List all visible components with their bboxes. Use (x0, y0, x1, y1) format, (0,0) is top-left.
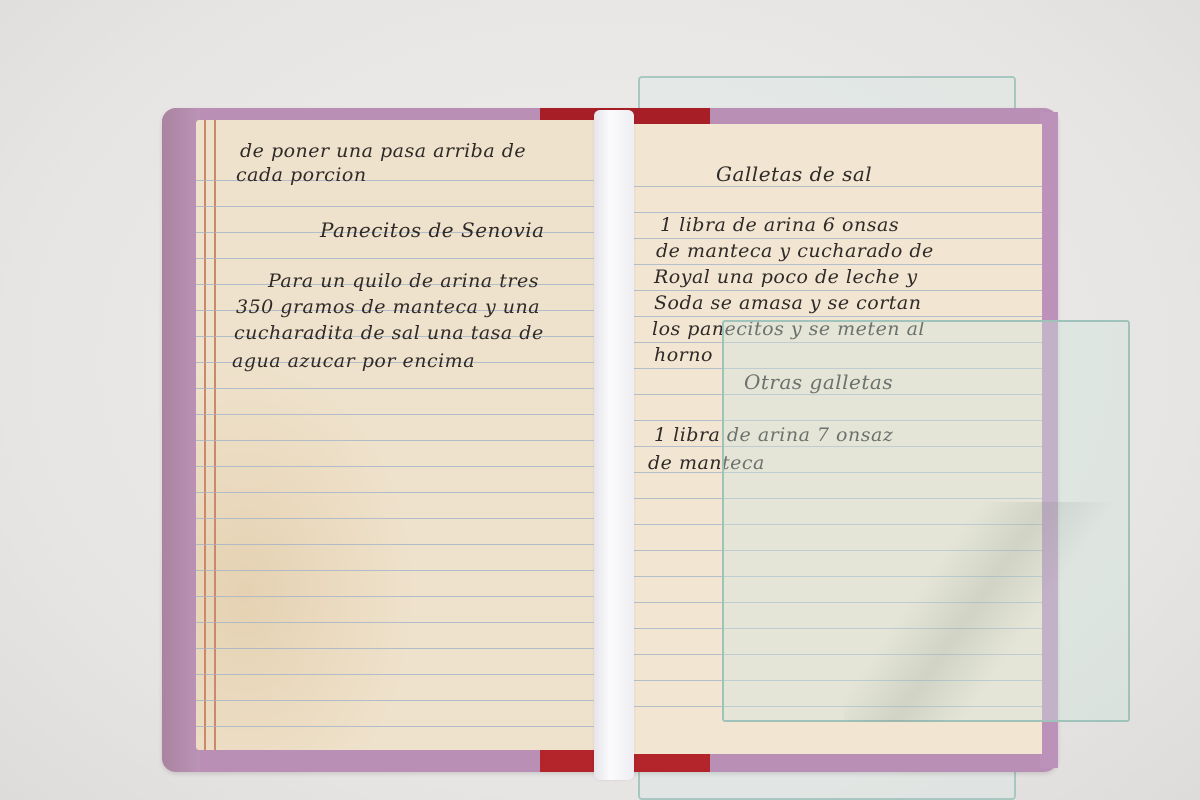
rule-line (196, 544, 596, 545)
rule-line (196, 258, 596, 259)
left-recipe-line: agua azucar por encima (232, 350, 475, 372)
rule-line (620, 264, 1042, 265)
rule-line (620, 238, 1042, 239)
rule-line (196, 388, 596, 389)
rule-line (196, 206, 596, 207)
rule-line (196, 726, 596, 727)
right-recipe-1-title: Galletas de sal (716, 162, 872, 186)
rule-line (196, 674, 596, 675)
rule-line (620, 212, 1042, 213)
right-recipe-1-line: Soda se amasa y se cortan (654, 292, 921, 314)
rule-line (196, 414, 596, 415)
rule-line (196, 518, 596, 519)
left-page-margin (196, 120, 216, 750)
rule-line (620, 186, 1042, 187)
rule-line (196, 700, 596, 701)
rule-line (196, 622, 596, 623)
gauze-spine-strip (594, 110, 634, 780)
rule-line (196, 648, 596, 649)
left-page (196, 120, 596, 750)
right-recipe-1-line: Royal una poco de leche y (654, 266, 918, 288)
rule-line (196, 440, 596, 441)
cover-left-edge (162, 108, 200, 772)
glass-plate-front (722, 320, 1130, 722)
left-recipe-line: cucharadita de sal una tasa de (234, 322, 544, 344)
rule-line (196, 466, 596, 467)
left-continuation-line: cada porcion (236, 164, 367, 186)
left-recipe-title: Panecitos de Senovia (320, 218, 545, 242)
left-continuation-line: de poner una pasa arriba de (240, 140, 526, 162)
rule-line (620, 316, 1042, 317)
right-recipe-1-line: de manteca y cucharado de (656, 240, 934, 262)
rule-line (196, 492, 596, 493)
left-recipe-line: Para un quilo de arina tres (268, 270, 539, 292)
right-recipe-1-line: horno (654, 344, 713, 366)
right-recipe-1-line: 1 libra de arina 6 onsas (660, 214, 899, 236)
rule-line (196, 570, 596, 571)
rule-line (620, 290, 1042, 291)
rule-line (196, 596, 596, 597)
left-recipe-line: 350 gramos de manteca y una (236, 296, 540, 318)
